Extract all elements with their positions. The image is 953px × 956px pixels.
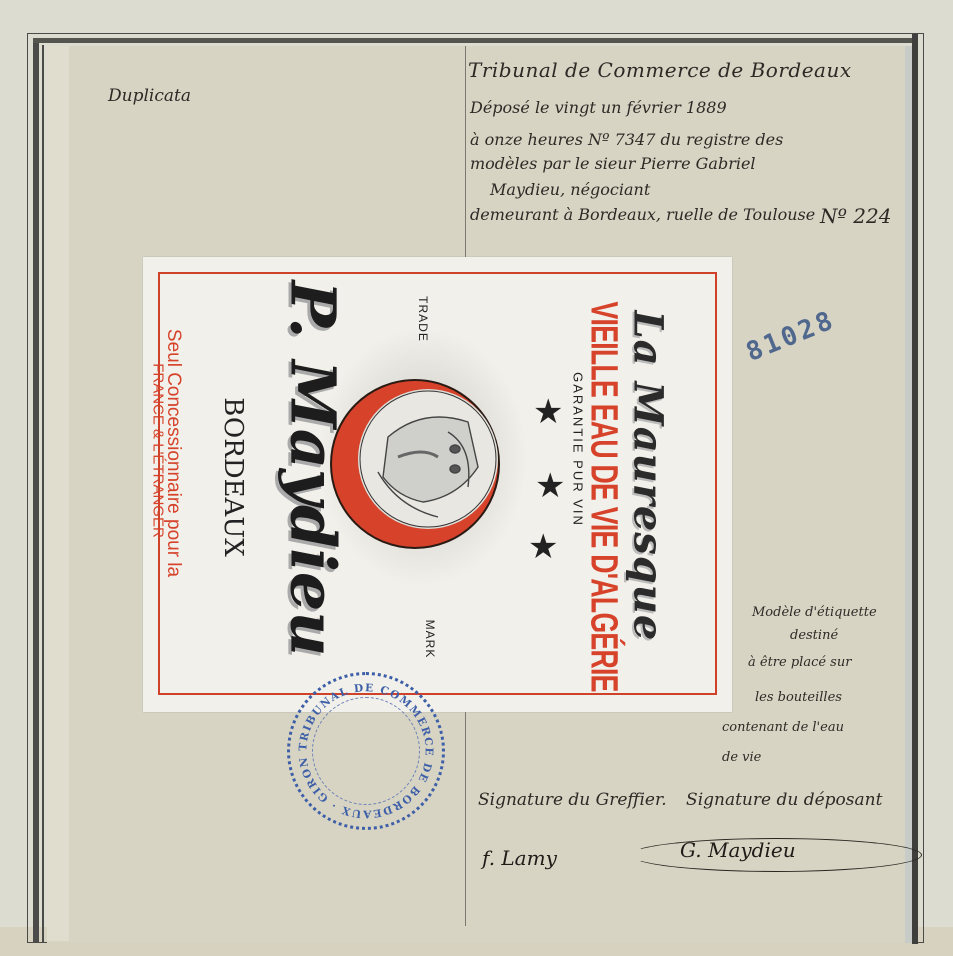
signature-labels: Signature du Greffier. Signature du dépo… [478, 790, 896, 810]
svg-text:TRIBUNAL DE COMMERCE DE BORDEA: TRIBUNAL DE COMMERCE DE BORDEAUX · GIRON… [290, 675, 435, 820]
side-note-line-4: les bouteilles [755, 690, 842, 705]
duplicata-annotation: Duplicata [108, 86, 191, 106]
guarantee-text: GARANTIE PUR VIN [571, 335, 586, 565]
deposant-signature-label: Signature du déposant [686, 790, 882, 810]
paper-left-strip [47, 46, 69, 941]
deposant-signature: G. Maydieu [680, 838, 796, 862]
deposit-number: Nº 224 [820, 204, 891, 228]
tribunal-title: Tribunal de Commerce de Bordeaux [468, 58, 852, 82]
side-note-line-1: Modèle d'étiquette [752, 605, 877, 620]
mark-text: MARK [423, 614, 437, 664]
merchant-city: BORDEAUX [218, 347, 248, 607]
deposit-line-4: Maydieu, négociant [490, 180, 650, 199]
deposit-line-3: modèles par le sieur Pierre Gabriel [470, 154, 756, 173]
trade-text: TRADE [416, 289, 430, 349]
star-icon: ★ [533, 395, 563, 429]
paper-right-strip [905, 46, 912, 943]
brand-script: La Mauresque [625, 311, 672, 641]
star-icon: ★ [528, 530, 558, 564]
product-name: VIEILLE EAU DE VIE D'ALGÉRIE [582, 302, 625, 596]
deposit-line-5: demeurant à Bordeaux, ruelle de Toulouse [470, 205, 815, 224]
page-frame-rule-top [33, 38, 913, 43]
side-note-line-2: destiné [790, 628, 838, 643]
page-frame-inner-rule [42, 45, 44, 943]
concession-line-2: FRANCE & L'ÉTRANGER [150, 321, 167, 581]
star-icon: ★ [535, 469, 565, 503]
side-note-line-6: de vie [722, 750, 761, 765]
crescent-moon-icon [328, 377, 503, 552]
side-note-line-5: contenant de l'eau [722, 720, 844, 735]
trademark-label: ★ ★ ★ La Mauresque VIEILLE EAU DE VIE D'… [143, 257, 732, 712]
page-frame-rule-right [912, 34, 918, 944]
merchant-name: P. Maydieu [277, 279, 350, 659]
tribunal-seal-stamp: TRIBUNAL DE COMMERCE DE BORDEAUX · GIRON… [287, 672, 445, 830]
deposit-line-2: à onze heures Nº 7347 du registre des [470, 130, 783, 149]
greffier-signature-label: Signature du Greffier. [478, 790, 667, 810]
crescent-portrait-illustration [328, 377, 503, 552]
deposit-line-1: Déposé le vingt un février 1889 [470, 98, 727, 117]
side-note-line-3: à être placé sur [748, 655, 851, 670]
seal-text-ring: TRIBUNAL DE COMMERCE DE BORDEAUX · GIRON… [290, 675, 442, 827]
greffier-signature: f. Lamy [482, 846, 557, 870]
page-frame-rule-left [33, 38, 39, 943]
